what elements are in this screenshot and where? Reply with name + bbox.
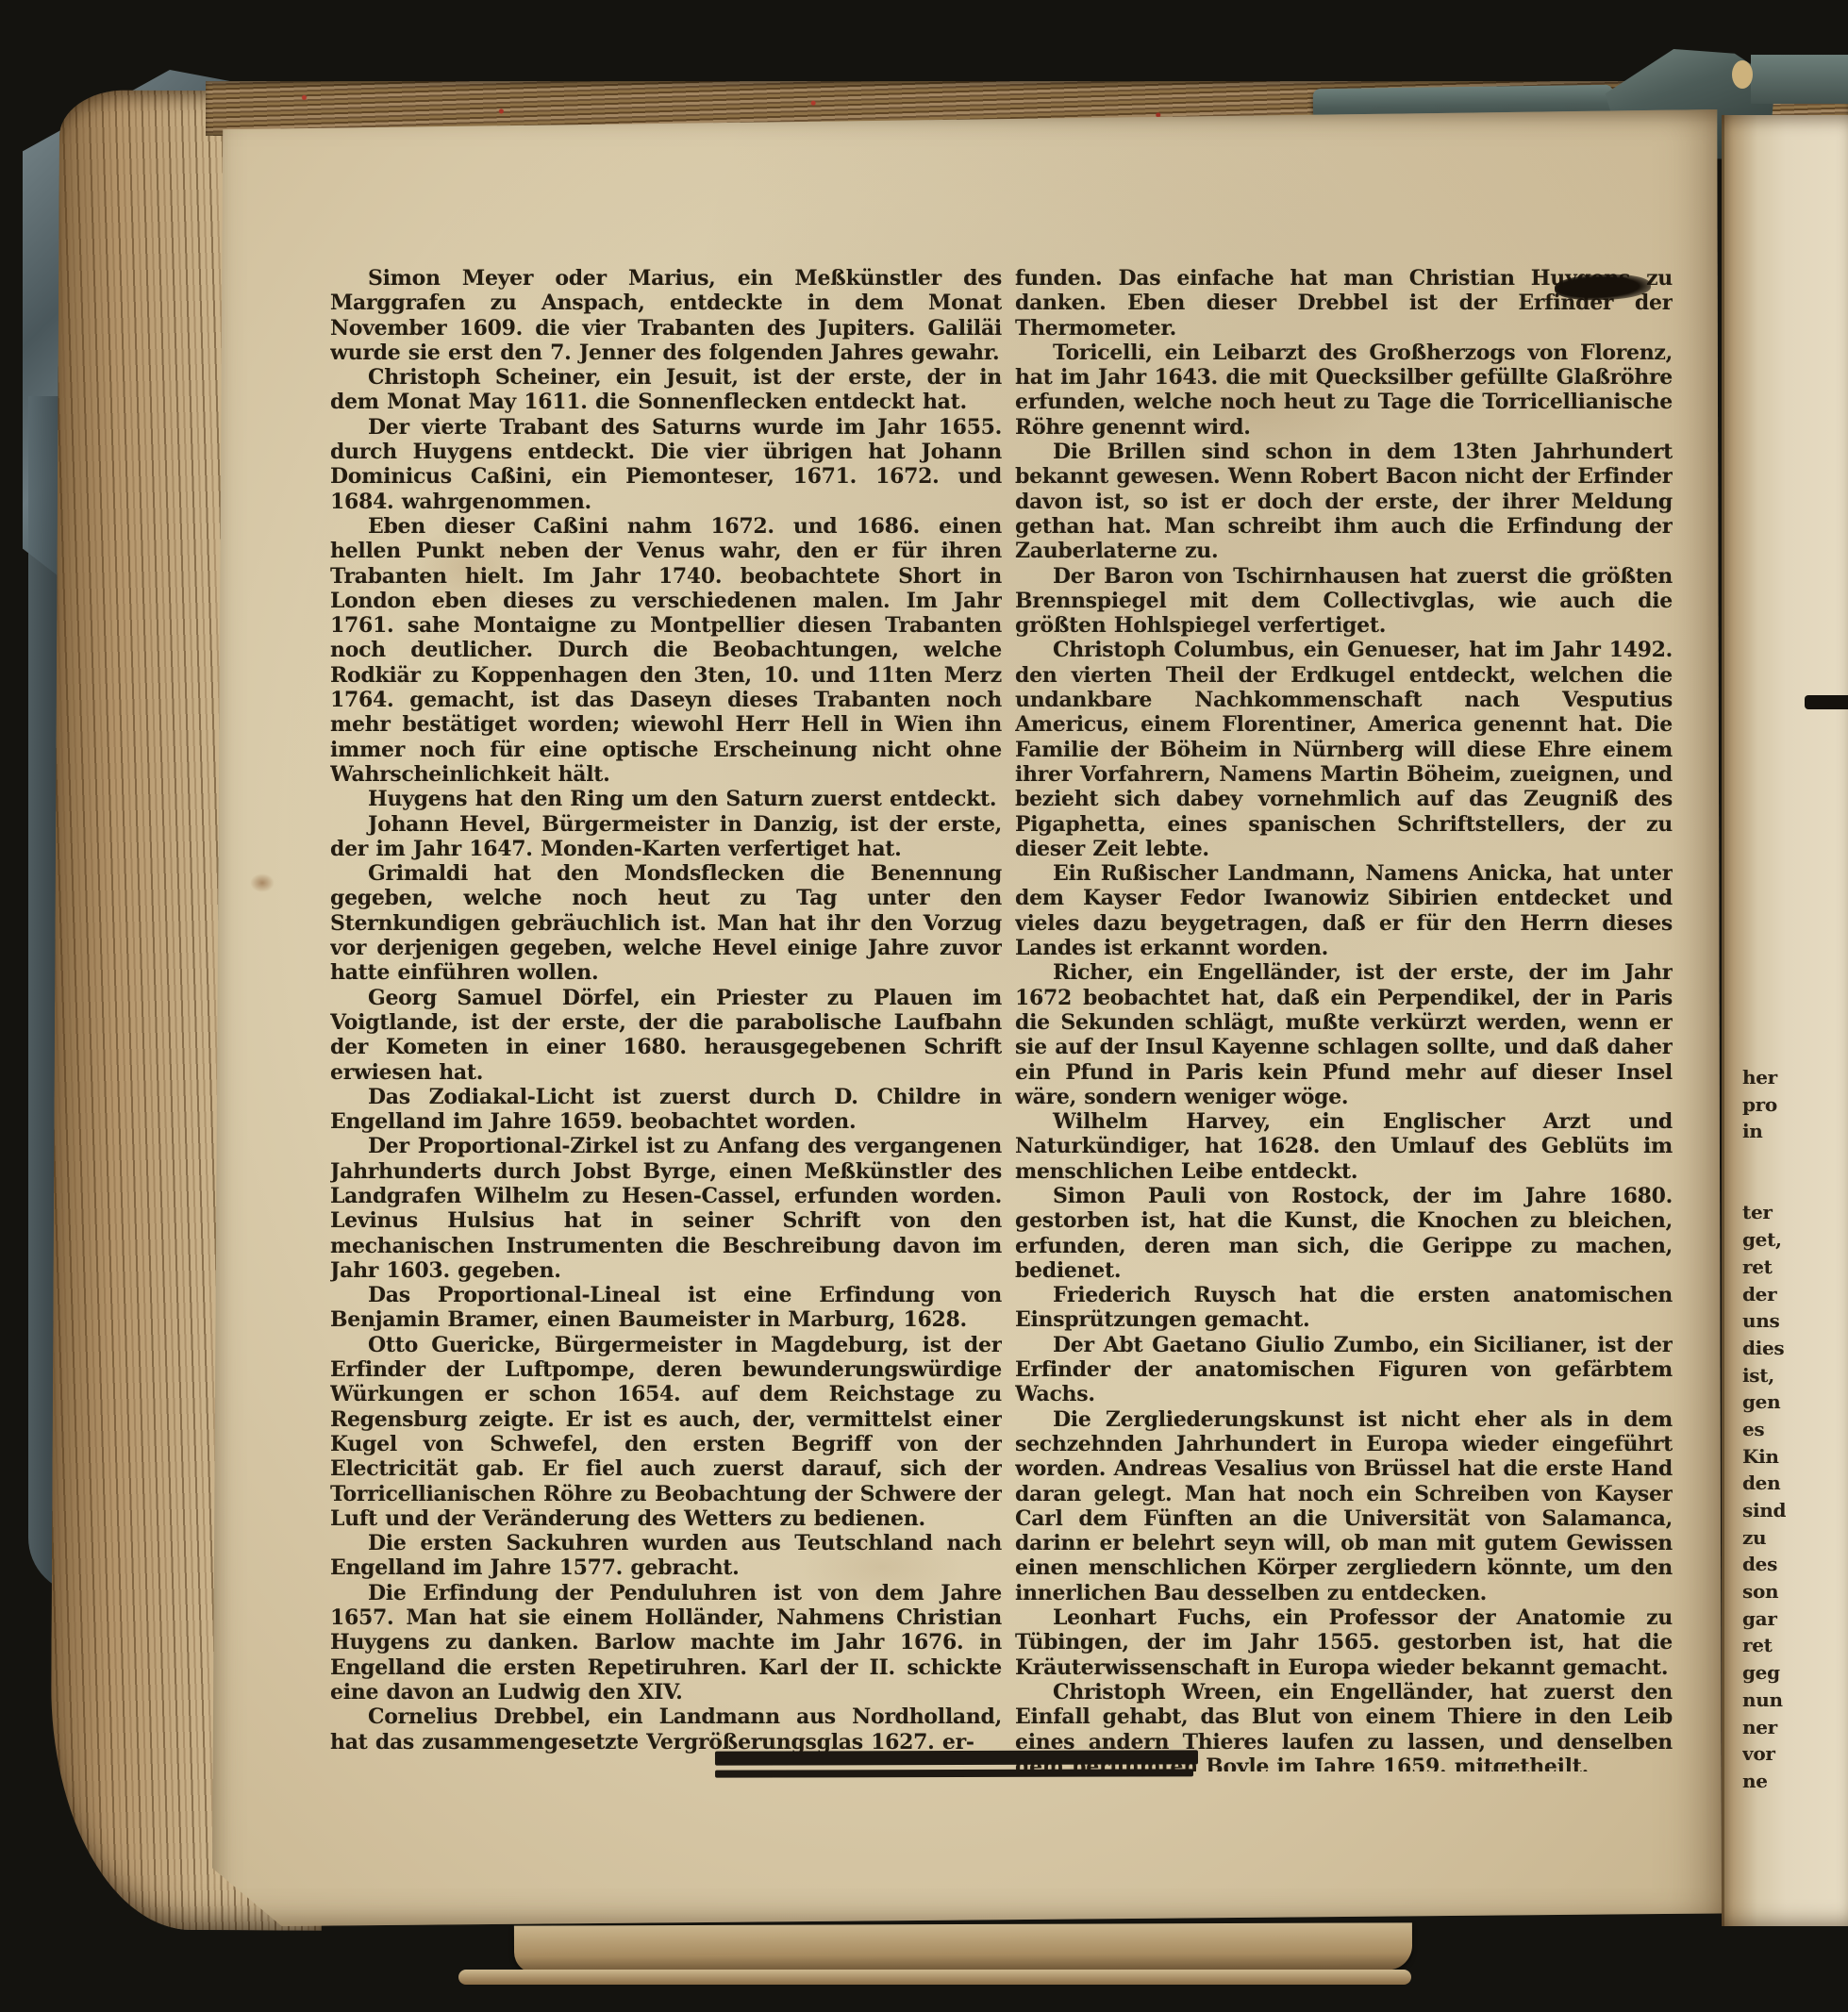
section-divider-rule: [715, 1750, 1198, 1777]
bottom-page-edges: [514, 1922, 1412, 1972]
paragraph: Toricelli, ein Leibarzt des Großherzogs …: [1015, 341, 1673, 440]
paragraph: Der Baron von Tschirnhausen hat zuerst d…: [1015, 564, 1673, 639]
bottom-page-sliver: [458, 1970, 1411, 1985]
partial-word: es: [1742, 1418, 1803, 1445]
next-page-text-fragment: herprointerget,retderunsdiesist,genesKin…: [1742, 1066, 1803, 1797]
partial-word: der: [1742, 1283, 1803, 1310]
paragraph: Die Erfindung der Penduluhren ist von de…: [330, 1581, 1002, 1704]
partial-word: geg: [1742, 1661, 1803, 1688]
paragraph: Cornelius Drebbel, ein Landmann aus Nord…: [330, 1704, 1002, 1754]
paragraph: Simon Meyer oder Marius, ein Meßkünstler…: [330, 266, 1002, 365]
partial-word: dies: [1742, 1337, 1803, 1364]
partial-word: ret: [1742, 1634, 1803, 1661]
partial-word: pro: [1742, 1093, 1803, 1121]
partial-word: her: [1742, 1066, 1803, 1093]
partial-word: uns: [1742, 1309, 1803, 1337]
paragraph: Der Proportional-Zirkel ist zu Anfang de…: [330, 1134, 1002, 1283]
partial-word: zu: [1742, 1526, 1803, 1554]
partial-word: gar: [1742, 1607, 1803, 1635]
paragraph: Friederich Ruysch hat die ersten anatomi…: [1015, 1283, 1673, 1333]
binding-edge-right: [1751, 55, 1848, 104]
paragraph: Christoph Columbus, ein Genueser, hat im…: [1015, 638, 1673, 861]
partial-word: ist,: [1742, 1364, 1803, 1391]
partial-word: sind: [1742, 1499, 1803, 1526]
partial-word: nun: [1742, 1688, 1803, 1716]
paragraph: Die Zergliederungskunst ist nicht eher a…: [1015, 1407, 1673, 1605]
paragraph: Huygens hat den Ring um den Saturn zuers…: [330, 787, 1002, 811]
paragraph: Grimaldi hat den Mondsflecken die Benenn…: [330, 861, 1002, 985]
next-page-edge: herprointerget,retderunsdiesist,genesKin…: [1722, 115, 1848, 1926]
paragraph: Das Proportional-Lineal ist eine Erfindu…: [330, 1283, 1002, 1333]
partial-word: des: [1742, 1553, 1803, 1580]
paper-stain: [250, 873, 275, 892]
partial-word: [1742, 1174, 1803, 1202]
paragraph: Simon Pauli von Rostock, der im Jahre 16…: [1015, 1184, 1673, 1283]
paragraph: Der Abt Gaetano Giulio Zumbo, ein Sicili…: [1015, 1333, 1673, 1407]
paragraph: Johann Hevel, Bürgermeister in Danzig, i…: [330, 812, 1002, 862]
partial-word: ter: [1742, 1201, 1803, 1228]
partial-word: son: [1742, 1580, 1803, 1607]
binding-paper-chip: [1732, 60, 1753, 89]
divider-thin-bar: [715, 1769, 1193, 1777]
paragraph: Leonhart Fuchs, ein Professor der Anatom…: [1015, 1605, 1673, 1680]
paragraph: Richer, ein Engelländer, ist der erste, …: [1015, 960, 1673, 1109]
paragraph: Der vierte Trabant des Saturns wurde im …: [330, 415, 1002, 514]
page-fold-crease: [1722, 115, 1724, 1926]
book-page: Simon Meyer oder Marius, ein Meßkünstler…: [212, 109, 1722, 1926]
partial-word: vor: [1742, 1742, 1803, 1770]
book-scan: Simon Meyer oder Marius, ein Meßkünstler…: [0, 0, 1848, 2012]
text-column-left: Simon Meyer oder Marius, ein Meßkünstler…: [330, 266, 1002, 1771]
partial-word: ner: [1742, 1716, 1803, 1743]
printers-mark: [1805, 695, 1848, 709]
partial-word: in: [1742, 1120, 1803, 1147]
paragraph: Das Zodiakal-Licht ist zuerst durch D. C…: [330, 1085, 1002, 1135]
text-column-right: funden. Das einfache hat man Christian H…: [1015, 266, 1673, 1771]
partial-word: gen: [1742, 1390, 1803, 1418]
paragraph: Wilhelm Harvey, ein Englischer Arzt und …: [1015, 1109, 1673, 1184]
partial-word: den: [1742, 1472, 1803, 1499]
partial-word: [1742, 1147, 1803, 1174]
paragraph: Otto Guericke, Bürgermeister in Magdebur…: [330, 1333, 1002, 1531]
paragraph: Die Brillen sind schon in dem 13ten Jahr…: [1015, 440, 1673, 563]
paragraph: Georg Samuel Dörfel, ein Priester zu Pla…: [330, 986, 1002, 1085]
partial-word: ret: [1742, 1255, 1803, 1283]
partial-word: get,: [1742, 1228, 1803, 1255]
paragraph: Christoph Scheiner, ein Jesuit, ist der …: [330, 365, 1002, 415]
partial-word: Kin: [1742, 1445, 1803, 1472]
divider-thick-bar: [715, 1750, 1198, 1765]
paragraph: Eben dieser Caßini nahm 1672. und 1686. …: [330, 514, 1002, 787]
paragraph: Die ersten Sackuhren wurden aus Teutschl…: [330, 1531, 1002, 1581]
paragraph: Ein Rußischer Landmann, Namens Anicka, h…: [1015, 861, 1673, 960]
partial-word: ne: [1742, 1770, 1803, 1797]
